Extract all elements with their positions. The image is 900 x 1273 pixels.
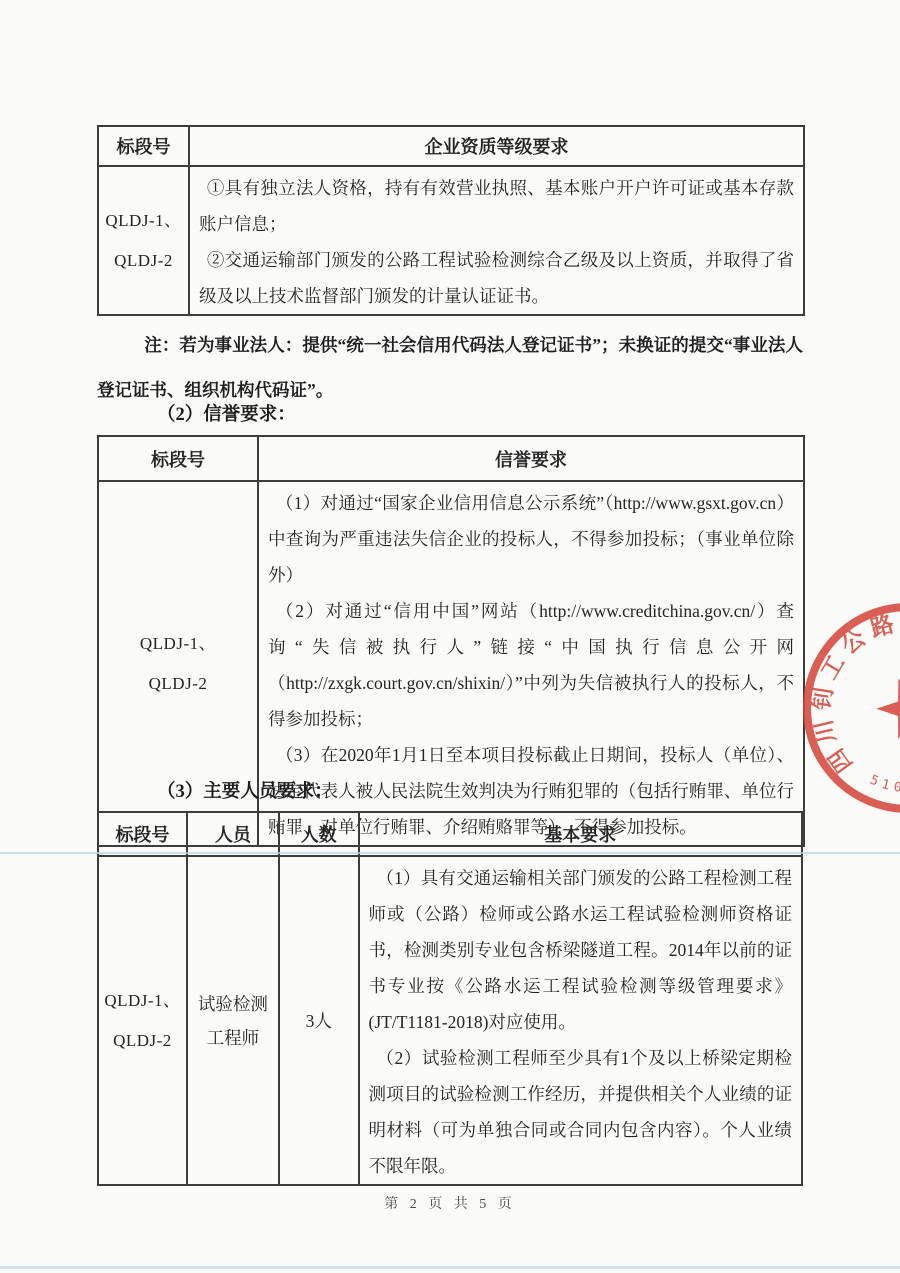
qualification-requirement-cell: ①具有独立法人资格，持有有效营业执照、基本账户开户许可证或基本存款账户信息； ②… — [189, 166, 804, 315]
table-row: QLDJ-1、 QLDJ-2 ①具有独立法人资格，持有有效营业执照、基本账户开户… — [98, 166, 804, 315]
personnel-item-1: （1）具有交通运输相关部门颁发的公路工程检测工程师或（公路）检师或公路水运工程试… — [369, 860, 792, 1040]
scan-artifact-bottom-line — [0, 1266, 900, 1269]
scanned-tender-document-page: { "document": { "note": "注：若为事业法人：提供“统一社… — [0, 0, 900, 1273]
table-header-row: 标段号 信誉要求 — [98, 436, 804, 481]
seal-serial-number: 51010 — [864, 757, 900, 812]
qualification-col-section: 标段号 — [98, 126, 189, 166]
personnel-item-2: （2）试验检测工程师至少具有1个及以上桥梁定期检测项目的试验检测工作经历，并提供… — [369, 1040, 792, 1184]
personnel-col-role: 人员 — [187, 812, 279, 856]
personnel-col-section: 标段号 — [98, 812, 187, 856]
qualification-col-requirement: 企业资质等级要求 — [189, 126, 804, 166]
seal-outer-ring — [793, 593, 900, 823]
personnel-role-cell: 试验检测 工程师 — [187, 856, 279, 1185]
section-id-cell: QLDJ-1、 QLDJ-2 — [98, 856, 187, 1185]
section-id-cell: QLDJ-1、 QLDJ-2 — [98, 166, 189, 315]
page-number-footer: 第 2 页 共 5 页 — [0, 1193, 900, 1213]
personnel-col-requirement: 基本要求 — [359, 812, 802, 856]
personnel-requirement-cell: （1）具有交通运输相关部门颁发的公路工程检测工程师或（公路）检师或公路水运工程试… — [359, 856, 802, 1185]
personnel-table: 标段号 人员 人数 基本要求 QLDJ-1、 QLDJ-2 试验检测 工程师 3… — [97, 811, 803, 1186]
reputation-col-section: 标段号 — [98, 436, 258, 481]
table-header-row: 标段号 人员 人数 基本要求 — [98, 812, 802, 856]
personnel-col-count: 人数 — [279, 812, 359, 856]
reputation-item-1: （1）对通过“国家企业信用信息公示系统”（http://www.gsxt.gov… — [268, 485, 794, 593]
reputation-item-2: （2）对通过“信用中国”网站（http://www.creditchina.go… — [268, 593, 794, 737]
qualification-item-1: ①具有独立法人资格，持有有效营业执照、基本账户开户许可证或基本存款账户信息； — [199, 170, 794, 242]
table-row: QLDJ-1、 QLDJ-2 试验检测 工程师 3人 （1）具有交通运输相关部门… — [98, 856, 802, 1185]
table-header-row: 标段号 企业资质等级要求 — [98, 126, 804, 166]
qualification-item-2: ②交通运输部门颁发的公路工程试验检测综合乙级及以上资质，并取得了省级及以上技术监… — [199, 242, 794, 314]
seal-arc-text: 四川钊工公路工程 — [793, 593, 900, 780]
reputation-col-requirement: 信誉要求 — [258, 436, 804, 481]
personnel-count-cell: 3人 — [279, 856, 359, 1185]
seal-star-icon — [869, 669, 900, 743]
reputation-requirement-cell: （1）对通过“国家企业信用信息公示系统”（http://www.gsxt.gov… — [258, 481, 804, 846]
heading-reputation-requirements: （2）信誉要求： — [157, 400, 296, 426]
qualification-table: 标段号 企业资质等级要求 QLDJ-1、 QLDJ-2 ①具有独立法人资格，持有… — [97, 125, 805, 316]
red-company-seal-stamp: 四川钊工公路工程 51010 — [793, 593, 900, 823]
heading-key-personnel-requirements: （3）主要人员要求： — [157, 777, 333, 803]
svg-text:四川钊工公路工程: 四川钊工公路工程 — [793, 593, 900, 780]
svg-text:51010: 51010 — [864, 757, 900, 812]
